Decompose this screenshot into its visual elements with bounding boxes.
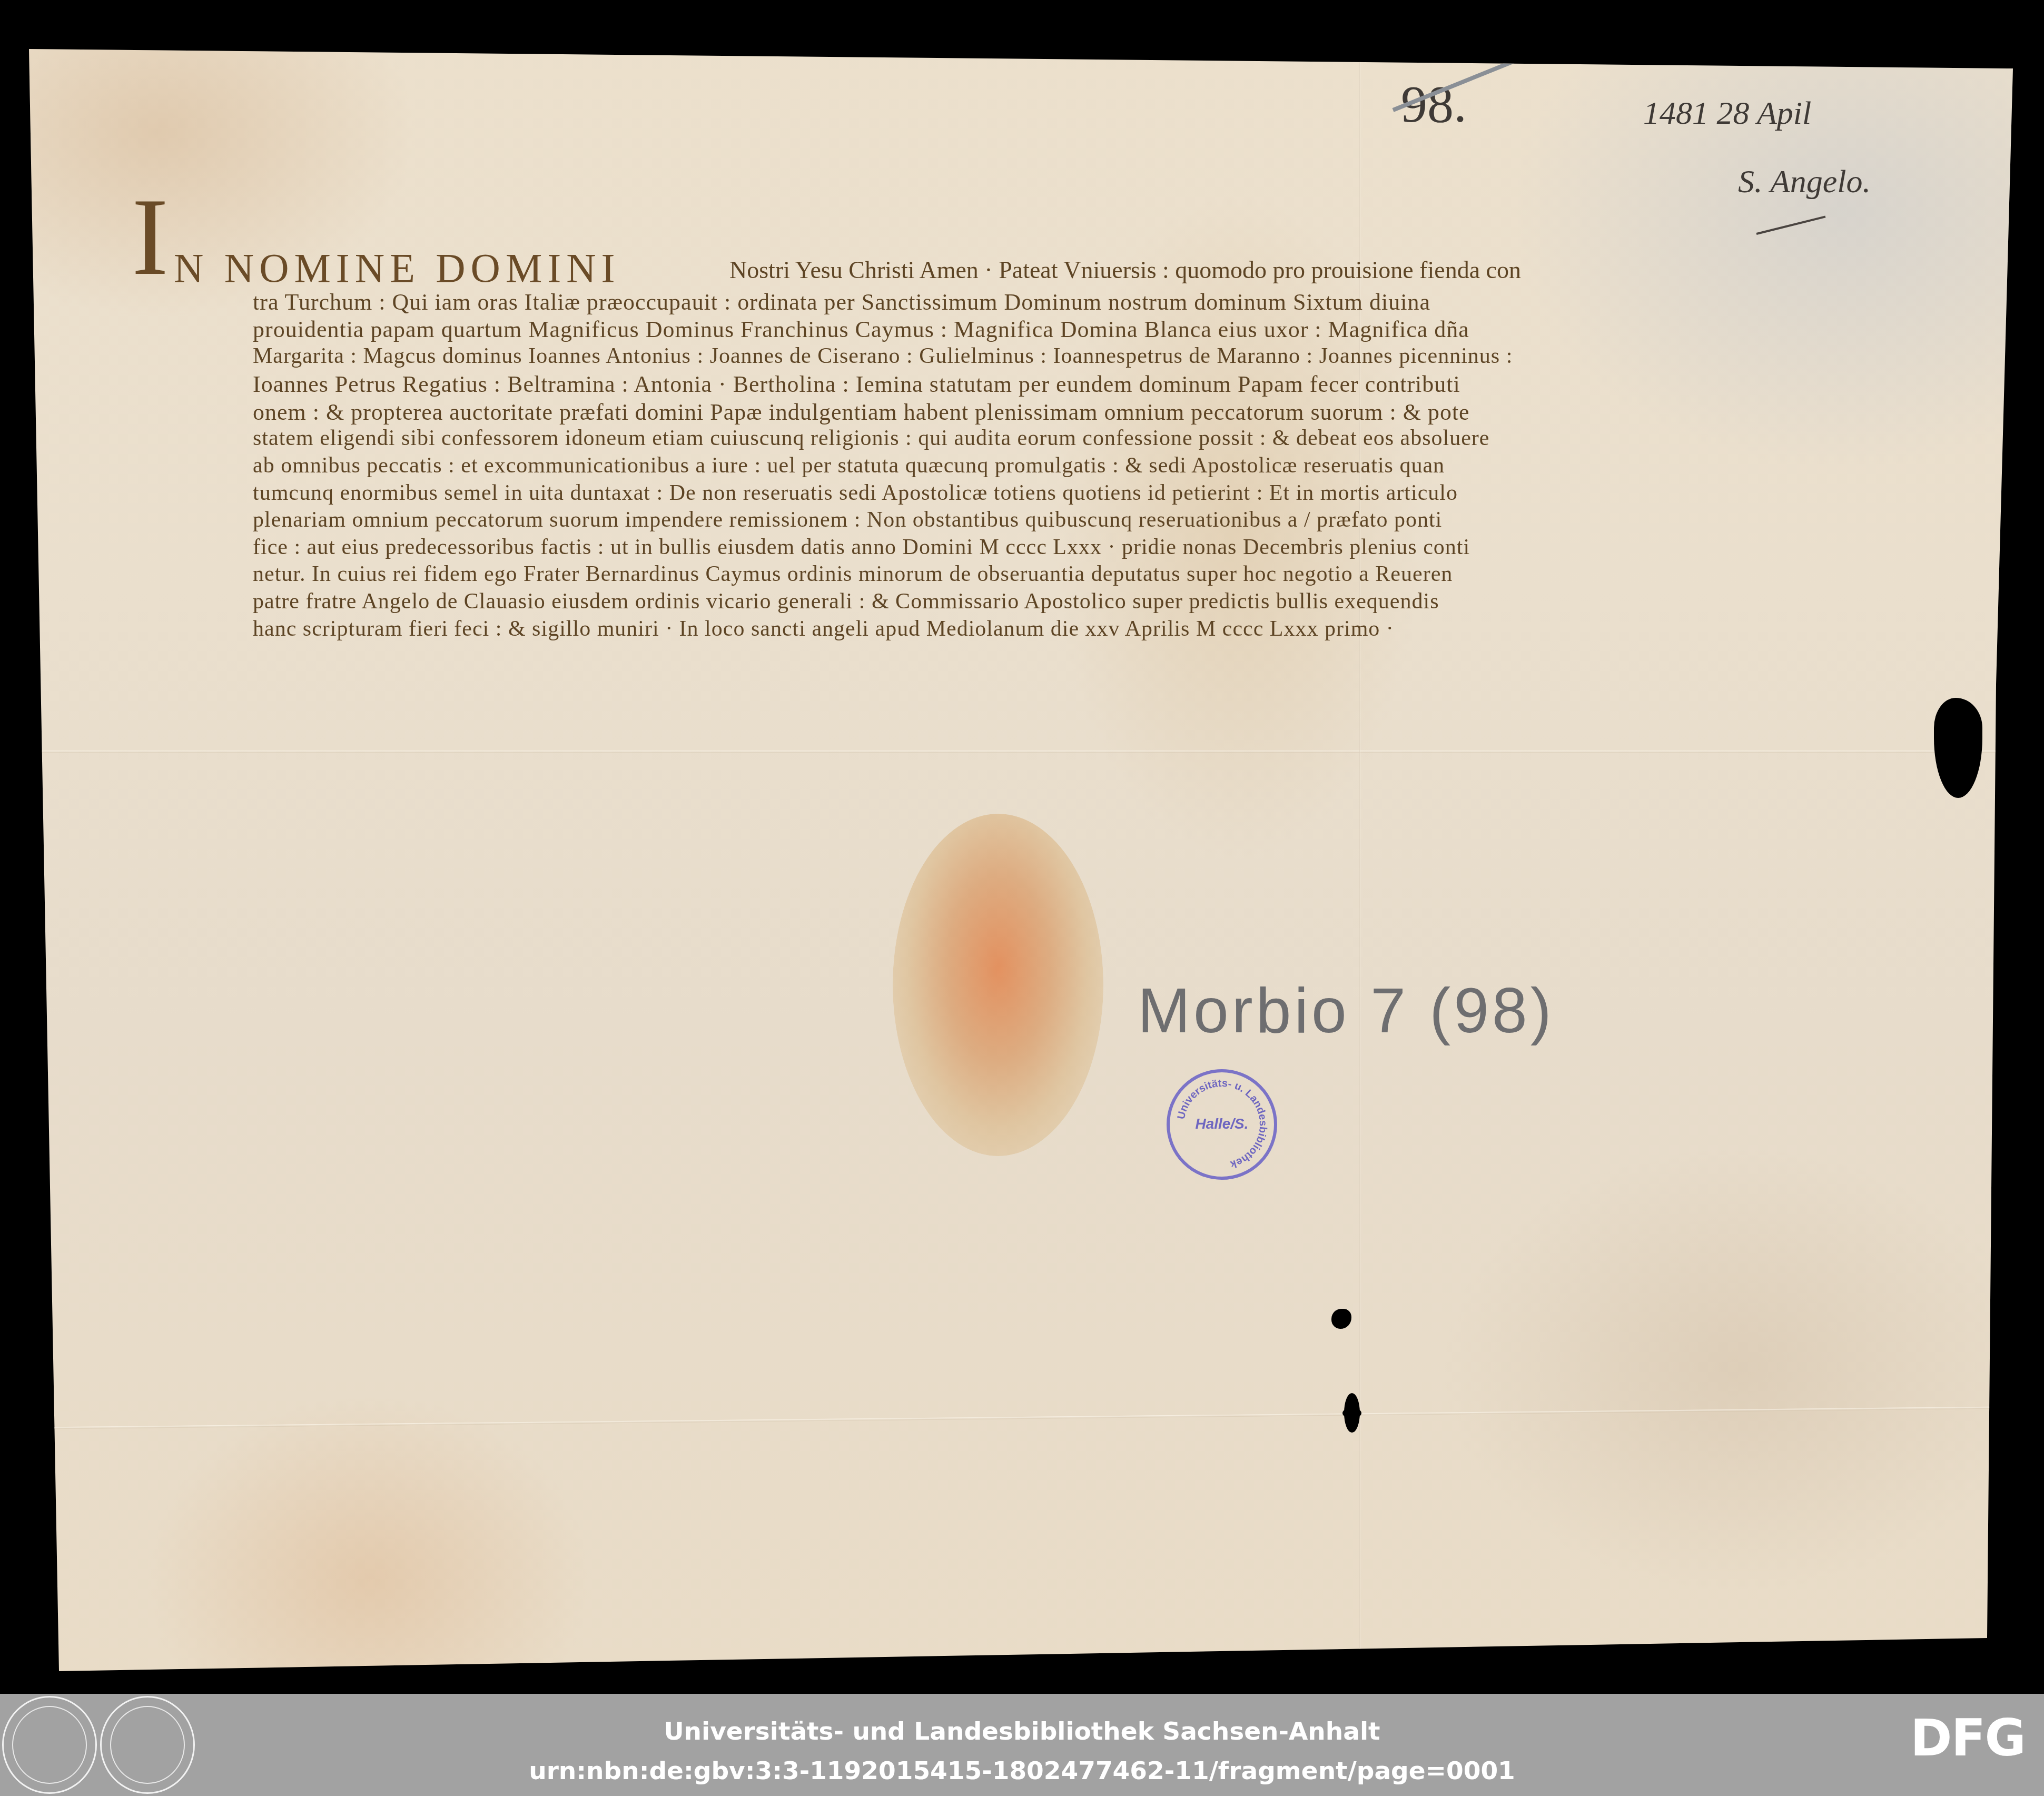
text-line: tumcunq enormibus semel in uita duntaxat… <box>253 480 1458 506</box>
dfg-logo-icon: DFG <box>1910 1713 2025 1763</box>
decorated-initial: I <box>132 182 169 292</box>
date-annotation: 1481 28 Apil <box>1643 95 1811 132</box>
text-line: prouidentia papam quartum Magnificus Dom… <box>253 316 1469 343</box>
place-annotation: S. Angelo. <box>1738 163 1871 201</box>
text-line: Margarita : Magcus dominus Ioannes Anton… <box>253 343 1513 369</box>
parchment-sheet: I N NOMINE DOMINI Nostri Yesu Christi Am… <box>0 0 2044 1694</box>
text-line: onem : & propterea auctoritate præfati d… <box>253 399 1470 426</box>
urn-identifier: urn:nbn:de:gbv:3:3-1192015415-1802477462… <box>0 1756 2044 1785</box>
text-line: Ioannes Petrus Regatius : Beltramina : A… <box>253 371 1460 398</box>
text-line: statem eligendi sibi confessorem idoneum… <box>253 426 1489 451</box>
text-line: netur. In cuius rei fidem ego Frater Ber… <box>253 561 1453 587</box>
pencil-shelfmark: Morbio 7 (98) <box>1138 974 1555 1047</box>
institution-name: Universitäts- und Landesbibliothek Sachs… <box>0 1717 2044 1746</box>
text-line: plenariam omnium peccatorum suorum impen… <box>253 507 1442 532</box>
text-line: ab omnibus peccatis : et excommunication… <box>253 453 1445 478</box>
library-stamp: Universitäts- u. Landesbibliothek Halle/… <box>1167 1069 1277 1180</box>
text-line: fice : aut eius predecessoribus factis :… <box>253 535 1470 560</box>
heading-line-text: Nostri Yesu Christi Amen · Pateat Vniuer… <box>729 256 1521 284</box>
parchment-hole <box>1342 1408 1361 1418</box>
fold-line-horizontal <box>0 751 2044 753</box>
wax-seal-remnant <box>893 814 1103 1156</box>
stamp-center-text: Halle/S. <box>1170 1116 1274 1132</box>
document-image-viewer: I N NOMINE DOMINI Nostri Yesu Christi Am… <box>0 0 2044 1694</box>
text-line: tra Turchum : Qui iam oras Italiæ præocc… <box>253 289 1430 315</box>
text-line: hanc scripturam fieri feci : & sigillo m… <box>253 616 1394 642</box>
fold-line-vertical <box>1359 0 1360 1694</box>
footer-bar: Universitäts- und Landesbibliothek Sachs… <box>0 1694 2044 1796</box>
pen-flourish <box>1756 215 1826 235</box>
text-line: patre fratre Angelo de Clauasio eiusdem … <box>253 589 1439 614</box>
fold-line-horizontal <box>0 1406 2044 1430</box>
heading-capitals: N NOMINE DOMINI <box>174 248 620 289</box>
